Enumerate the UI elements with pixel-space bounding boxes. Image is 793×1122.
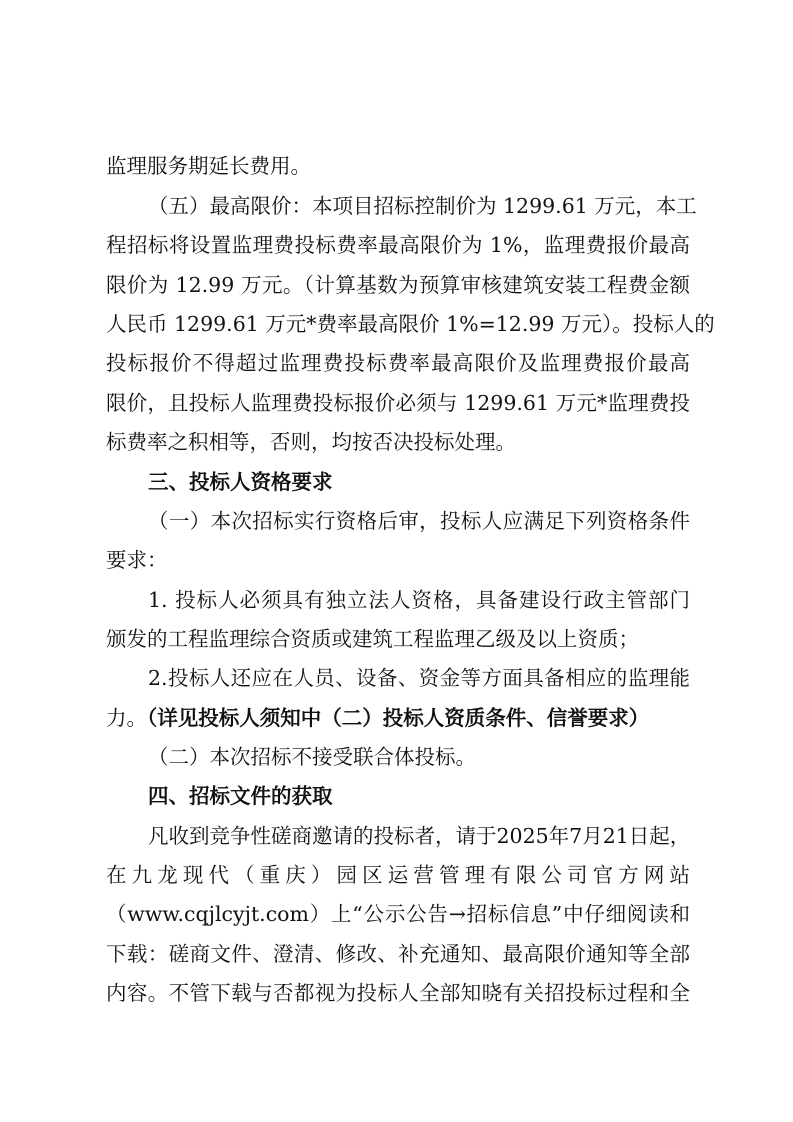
paragraph-line: 凡收到竞争性磋商邀请的投标者，请于2025年7月21日起， bbox=[148, 818, 690, 854]
paragraph-line: 监理服务期延长费用。 bbox=[106, 148, 690, 184]
bold-reference-note: （详见投标人须知中（二）投标人资质条件、信誉要求） bbox=[147, 706, 649, 730]
section-five-max-price: （五）最高限价：本项目招标控制价为 1299.61 万元，本工 bbox=[148, 188, 690, 224]
subsection-two-no-consortium: （二）本次招标不接受联合体投标。 bbox=[148, 739, 690, 775]
paragraph-line: 程招标将设置监理费投标费率最高限价为 1%，监理费报价最高 bbox=[106, 227, 690, 263]
paragraph-line: 标费率之积相等，否则，均按否决投标处理。 bbox=[106, 424, 690, 460]
subsection-one-qualification: （一）本次招标实行资格后审，投标人应满足下列资格条件 bbox=[148, 503, 690, 539]
line-text: 力。 bbox=[106, 706, 147, 730]
paragraph-line: 下载：磋商文件、澄清、修改、补充通知、最高限价通知等全部 bbox=[106, 936, 690, 972]
paragraph-line: 限价为 12.99 万元。（计算基数为预算审核建筑安装工程费金额 bbox=[106, 267, 690, 303]
paragraph-line: 力。（详见投标人须知中（二）投标人资质条件、信誉要求） bbox=[106, 700, 690, 736]
section-heading-bidder-qualification: 三、投标人资格要求 bbox=[148, 464, 690, 500]
paragraph-line: 要求： bbox=[106, 542, 690, 578]
paragraph-line: 内容。不管下载与否都视为投标人全部知晓有关招投标过程和全 bbox=[106, 975, 690, 1011]
requirement-item-2: 2.投标人还应在人员、设备、资金等方面具备相应的监理能 bbox=[148, 660, 690, 696]
paragraph-line: 颁发的工程监理综合资质或建筑工程监理乙级及以上资质； bbox=[106, 621, 690, 657]
document-page: 监理服务期延长费用。 （五）最高限价：本项目招标控制价为 1299.61 万元，… bbox=[0, 0, 793, 1122]
section-heading-document-acquisition: 四、招标文件的获取 bbox=[148, 778, 690, 814]
paragraph-line: 在九龙现代（重庆）园区运营管理有限公司官方网站 bbox=[106, 857, 690, 893]
paragraph-line: 人民币 1299.61 万元*费率最高限价 1%=12.99 万元）。投标人的 bbox=[106, 306, 690, 342]
paragraph-line: 投标报价不得超过监理费投标费率最高限价及监理费报价最高 bbox=[106, 345, 690, 381]
paragraph-line: （www.cqjlcyjt.com）上“公示公告→招标信息”中仔细阅读和 bbox=[106, 896, 690, 932]
requirement-item-1: 1. 投标人必须具有独立法人资格，具备建设行政主管部门 bbox=[148, 582, 690, 618]
paragraph-line: 限价，且投标人监理费投标报价必须与 1299.61 万元*监理费投 bbox=[106, 385, 690, 421]
